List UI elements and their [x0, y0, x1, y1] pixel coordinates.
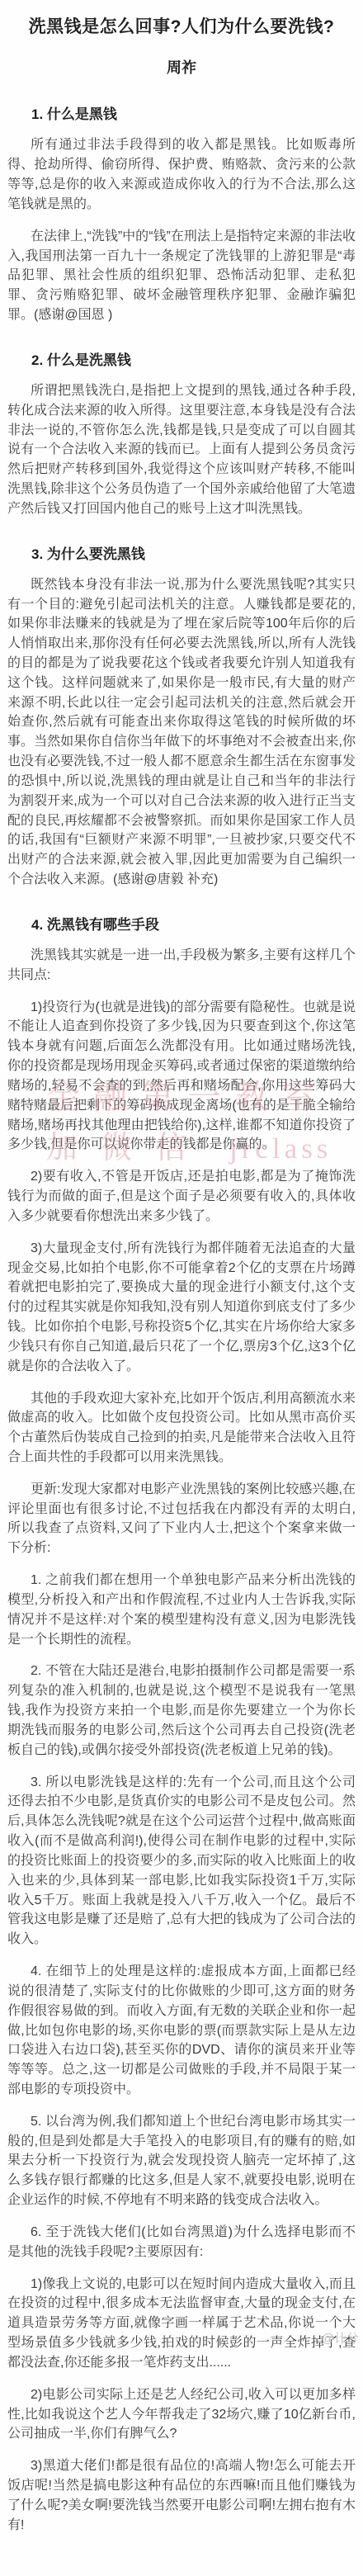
- section-what-is-laundering: 2. 什么是洗黑钱 所谓把黑钱洗白,是指把上文提到的黑钱,通过各种手段,转化成合…: [7, 348, 356, 519]
- paragraph: 2)要有收入,不管是开饭店,还是拍电影,都是为了掩饰洗钱行为而做的面子,但是这个…: [7, 1167, 356, 1226]
- paragraph: 3. 所以电影洗钱是这样的:先有一个公司,而且这个公司还得去拍不少电影,是货真价…: [7, 1773, 356, 1950]
- paragraph: 其他的手段欢迎大家补充,比如开个饭店,利用高额流水来做虚高的收入。比如做个皮包投…: [7, 1389, 356, 1468]
- paragraph: 6. 至于洗钱大佬们(比如台湾黑道)为什么选择电影而不是其他的洗钱手段呢?主要原…: [7, 2223, 356, 2262]
- paragraph: 2)电影公司实际上还是艺人经纪公司,收入可以更加多样性,比如我说这个艺人今年帮我…: [7, 2385, 356, 2444]
- paragraph: 3)黑道大佬们!都是很有品位的!高端人物!怎么可能去开饭店呢!当然是搞电影这种有…: [7, 2456, 356, 2535]
- paragraph: 1)投资行为(也就是进钱)的部分需要有隐秘性。也就是说不能让人追查到你投资了多少…: [7, 998, 356, 1156]
- article-page: 洗黑钱是怎么回事?人们为什么要洗钱? 周祚 1. 什么是黑钱 所有通过非法手段得…: [0, 0, 363, 2576]
- article-title: 洗黑钱是怎么回事?人们为什么要洗钱?: [14, 15, 349, 40]
- section-heading: 1. 什么是黑钱: [31, 102, 356, 123]
- paragraph: 1)像我上文说的,电影可以在短时间内造成大量收入,而且在投资的过程中,很多成本无…: [7, 2275, 356, 2373]
- paragraph: 1. 之前我们都在想用一个单独电影产品来分析出洗钱的模型,分析投入和产出和作假流…: [7, 1571, 356, 1649]
- section-heading: 2. 什么是洗黑钱: [31, 348, 356, 369]
- article-author: 周祚: [7, 56, 356, 78]
- paragraph: 在法律上,“洗钱”中的“钱”在刑法上是指特定来源的非法收入,我国刑法第一百九十一…: [7, 227, 356, 325]
- section-heading: 4. 洗黑钱有哪些手段: [31, 913, 356, 934]
- paragraph: 既然钱本身没有非法一说,那为什么要洗黑钱呢?其实只有一个目的:避免引起司法机关的…: [7, 575, 356, 890]
- paragraph: 所谓把黑钱洗白,是指把上文提到的黑钱,通过各种手段,转化成合法来源的收入所得。这…: [7, 381, 356, 519]
- paragraph: 所有通过非法手段得到的收入都是黑钱。比如贩毒所得、抢劫所得、偷窃所得、保护费、贿…: [7, 135, 356, 214]
- paragraph: 5. 以台湾为例,我们都知道上个世纪台湾电影市场其实一般的,但是到处都是大手笔投…: [7, 2112, 356, 2210]
- section-what-is-dirty-money: 1. 什么是黑钱 所有通过非法手段得到的收入都是黑钱。比如贩毒所得、抢劫所得、偷…: [7, 102, 356, 324]
- paragraph: 2. 不管在大陆还是港台,电影拍摄制作公司都是需要一系列复杂的准入机制的,也就是…: [7, 1661, 356, 1760]
- section-why-launder: 3. 为什么要洗黑钱 既然钱本身没有非法一说,那为什么要洗黑钱呢?其实只有一个目…: [7, 542, 356, 890]
- paragraph: 洗黑钱其实就是一进一出,手段极为繁多,主要有这样几个共同点:: [7, 946, 356, 985]
- section-heading: 3. 为什么要洗黑钱: [31, 542, 356, 563]
- paragraph: 更新:发现大家都对电影产业洗黑钱的案例比较感兴趣,在评论里面也有很多讨论,不过包…: [7, 1480, 356, 1558]
- section-laundering-methods: 4. 洗黑钱有哪些手段 洗黑钱其实就是一进一出,手段极为繁多,主要有这样几个共同…: [7, 913, 356, 2536]
- paragraph: 3)大量现金支付,所有洗钱行为都伴随着无法追查的大量现金交易,比如拍个电影,你不…: [7, 1239, 356, 1377]
- paragraph: 4. 在细节上的处理是这样的:虚报成本方面,上面都已经说的很清楚了,实际支付的比…: [7, 1962, 356, 2100]
